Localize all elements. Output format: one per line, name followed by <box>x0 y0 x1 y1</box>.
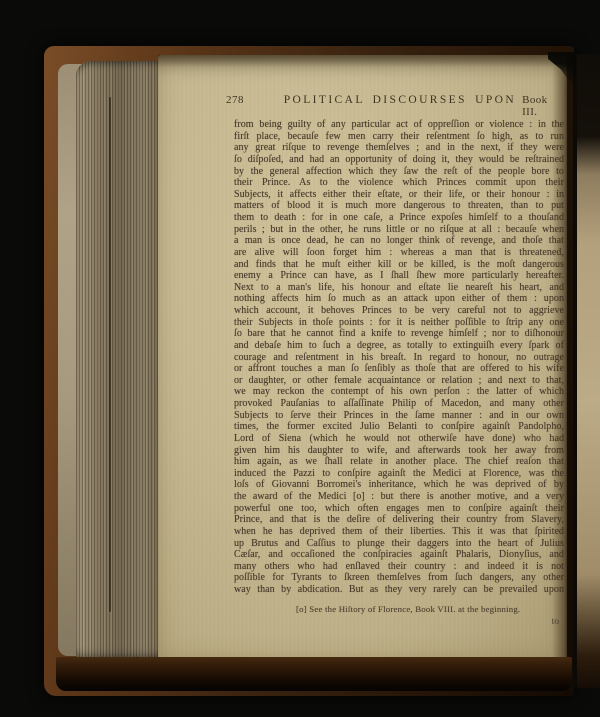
text-line: poſſible for Tyrants to ſkreen themſelve… <box>234 572 564 584</box>
text-line: matters of blood it is much more dangero… <box>234 200 564 212</box>
text-line: ſo bare that he cannot find a knife to r… <box>234 328 564 340</box>
text-line: courage and reſentment in his breaſt. In… <box>234 352 564 364</box>
page-edge-crack <box>109 97 111 612</box>
text-line: firſt place, becauſe few men carry their… <box>234 131 564 143</box>
text-line: Subjects, it affects either their eſtate… <box>234 189 564 201</box>
footnote: [o] See the Hiſtory of Florence, Book VI… <box>296 604 567 614</box>
text-line: Cæſar, and occaſioned the conſpiracies a… <box>234 549 564 561</box>
text-line: which account, it behoves Princes to be … <box>234 305 564 317</box>
facing-page-edge <box>573 54 600 688</box>
text-line: a man is once dead, he can no longer thi… <box>234 235 564 247</box>
running-title: POLITICAL DISCOURSES UPON <box>284 94 516 106</box>
page-header: 278 POLITICAL DISCOURSES UPON Book III. <box>158 55 567 118</box>
text-line: many others who had enſlaved their count… <box>234 561 564 573</box>
text-line: and finds that he muſt either kill or be… <box>234 259 564 271</box>
text-line: up Brutus and Caſſius to plunge their da… <box>234 538 564 550</box>
book-page: 278 POLITICAL DISCOURSES UPON Book III. … <box>158 55 567 661</box>
text-line: times, the former excited Julio Belanti … <box>234 421 564 433</box>
page-number: 278 <box>226 94 284 106</box>
text-line: induced the Pazzi to conſpire againſt th… <box>234 468 564 480</box>
text-line: Prince, and that is the deſire of delive… <box>234 514 564 526</box>
text-line: powerful one too, which often engages me… <box>234 503 564 515</box>
text-line: ſo diſpoſed, and had an opportunity of d… <box>234 154 564 166</box>
text-line: Next to a man's life, his honour and eſt… <box>234 282 564 294</box>
fanned-page-edges <box>76 61 166 660</box>
text-line: their Prince. As to the violence which P… <box>234 177 564 189</box>
text-line: him again, as we ſhall relate in another… <box>234 456 564 468</box>
text-line: provoked Pauſanias to aſſaſſinate Philip… <box>234 398 564 410</box>
body-text: from being guilty of any particular act … <box>234 119 564 596</box>
text-line: or affront touches a man ſo ſenſibly as … <box>234 363 564 375</box>
bottom-cover-edge <box>56 657 572 691</box>
text-line: way than by abdication. But as they very… <box>234 584 564 596</box>
text-line: any great riſque to revenge themſelves ;… <box>234 142 564 154</box>
book-scan-photo: 278 POLITICAL DISCOURSES UPON Book III. … <box>0 0 600 717</box>
text-line: given him his daughter to wife, and afte… <box>234 445 564 457</box>
text-line: when he has deprived them of their liber… <box>234 526 564 538</box>
catchword: to <box>158 617 559 627</box>
book-label: Book III. <box>516 94 563 118</box>
text-line: loſs of Giovanni Borromei's inheritance,… <box>234 479 564 491</box>
text-line: we may reckon the contempt of his own pe… <box>234 386 564 398</box>
text-line: nothing affects him ſo much as an attack… <box>234 293 564 305</box>
text-line: Subjects to ſerve their Princes in the ſ… <box>234 410 564 422</box>
text-line: enemy a Prince can have, as I ſhall ſhew… <box>234 270 564 282</box>
text-line: perils ; but in the other, he runs littl… <box>234 224 564 236</box>
text-line: and debaſe him to ſuch a degree, as tota… <box>234 340 564 352</box>
text-line: them to death : for in one caſe, a Princ… <box>234 212 564 224</box>
text-line: by the general affection which they ſaw … <box>234 166 564 178</box>
text-line: Lord of Siena (which he would not otherw… <box>234 433 564 445</box>
text-line: their Subjects in thoſe points : for it … <box>234 317 564 329</box>
text-line: the award of the Medici [o] : but there … <box>234 491 564 503</box>
text-line: or daughter, or other female acquaintanc… <box>234 375 564 387</box>
text-line: from being guilty of any particular act … <box>234 119 564 131</box>
text-line: are alive will ſoon forget him : whereas… <box>234 247 564 259</box>
